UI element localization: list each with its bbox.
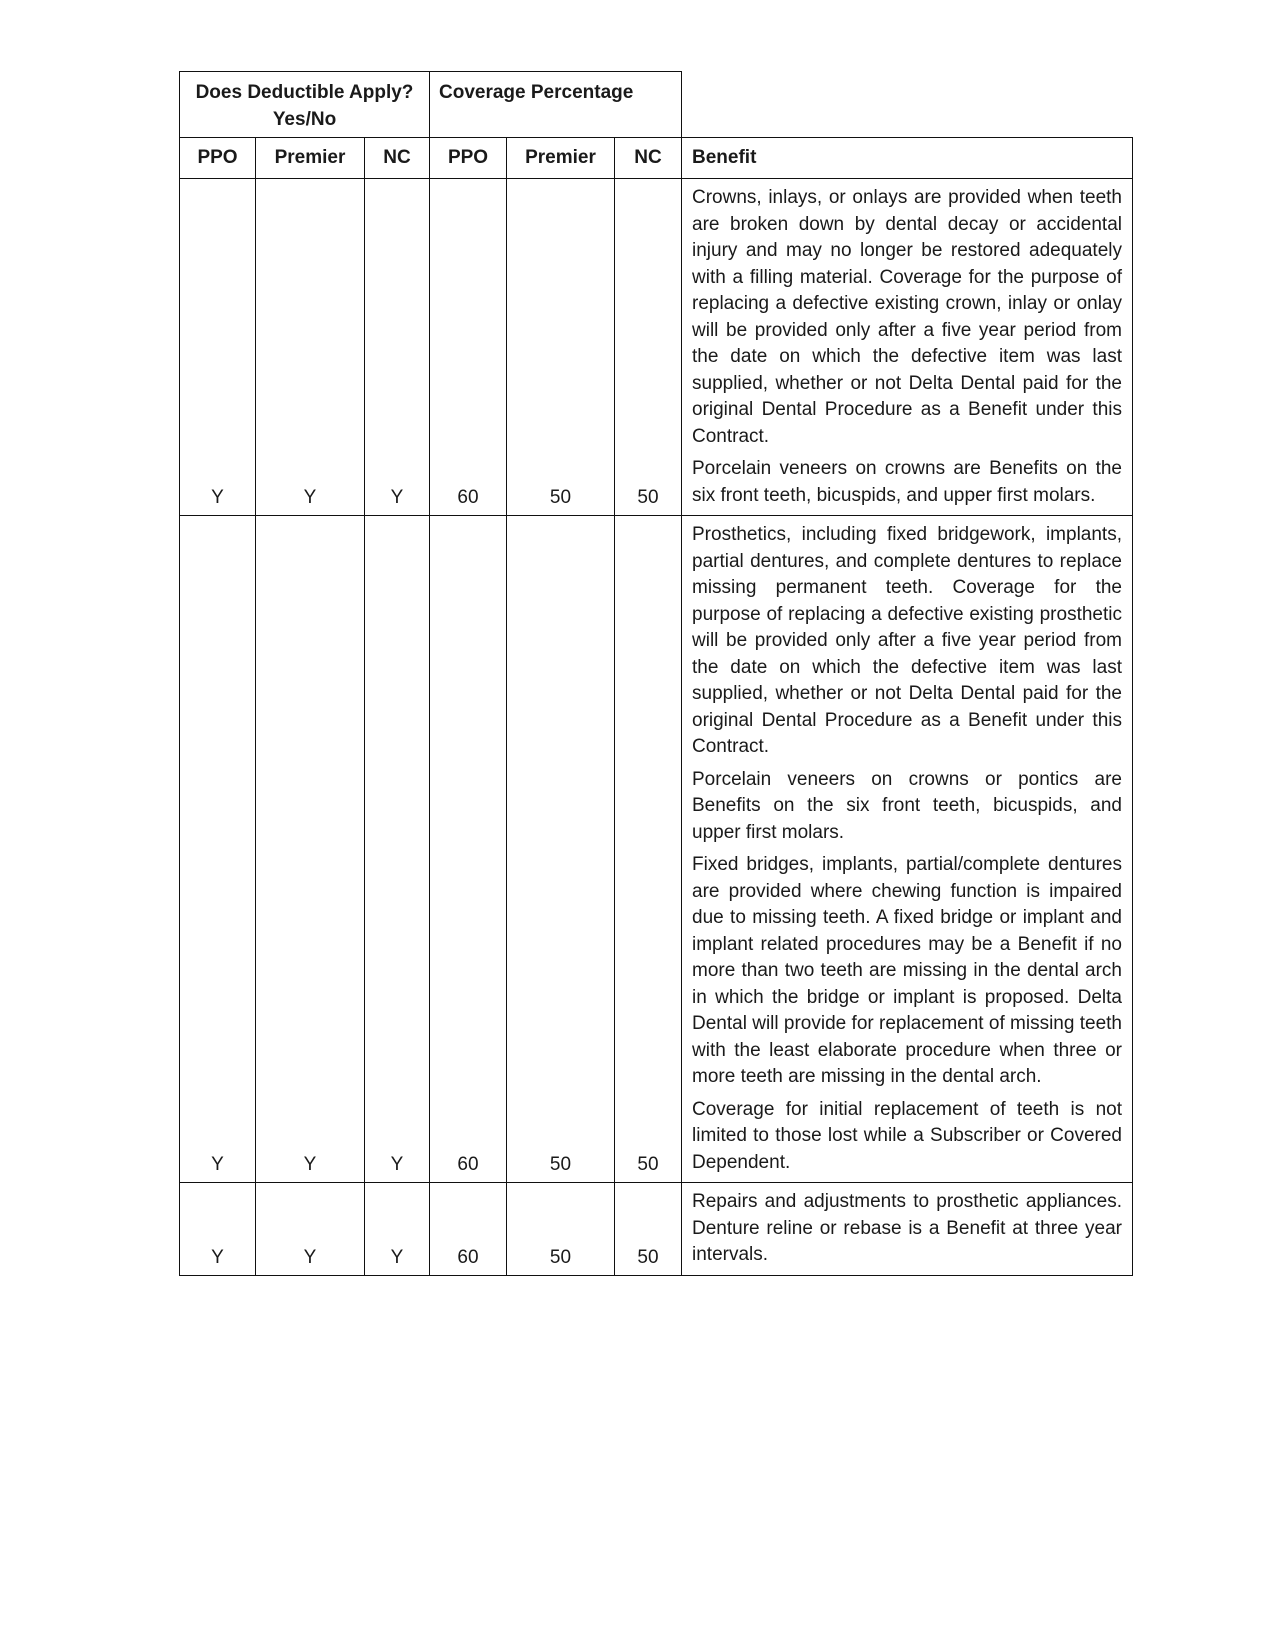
col-deductible-premier: Premier [256, 138, 365, 179]
cell-benefit: Crowns, inlays, or onlays are provided w… [682, 179, 1133, 516]
cell-coverage-ppo: 60 [430, 1183, 507, 1276]
benefit-paragraph: Prosthetics, including fixed bridgework,… [692, 522, 1122, 761]
cell-coverage-nc: 50 [615, 179, 682, 516]
benefit-paragraph: Fixed bridges, implants, partial/complet… [692, 852, 1122, 1091]
coverage-group-label: Coverage Percentage [439, 82, 633, 103]
cell-coverage-nc: 50 [615, 516, 682, 1183]
cell-benefit: Repairs and adjustments to prosthetic ap… [682, 1183, 1133, 1276]
cell-coverage-ppo: 60 [430, 516, 507, 1183]
cell-coverage-ppo: 60 [430, 179, 507, 516]
cell-deductible-ppo: Y [180, 179, 256, 516]
cell-deductible-nc: Y [365, 516, 430, 1183]
benefit-paragraph: Repairs and adjustments to prosthetic ap… [692, 1189, 1122, 1269]
col-deductible-nc: NC [365, 138, 430, 179]
document-page: Does Deductible Apply? Yes/No Coverage P… [0, 0, 1275, 1650]
table-row: YYY605050Prosthetics, including fixed br… [180, 516, 1133, 1183]
table-row: YYY605050Repairs and adjustments to pros… [180, 1183, 1133, 1276]
cell-deductible-nc: Y [365, 1183, 430, 1276]
col-coverage-premier: Premier [507, 138, 615, 179]
cell-coverage-nc: 50 [615, 1183, 682, 1276]
col-coverage-nc: NC [615, 138, 682, 179]
table-row: YYY605050Crowns, inlays, or onlays are p… [180, 179, 1133, 516]
cell-deductible-nc: Y [365, 179, 430, 516]
column-header-row: PPO Premier NC PPO Premier NC Benefit [180, 138, 1133, 179]
deductible-group-header: Does Deductible Apply? Yes/No [179, 71, 430, 138]
deductible-group-label: Does Deductible Apply? Yes/No [196, 82, 414, 130]
benefit-paragraph: Porcelain veneers on crowns or pontics a… [692, 767, 1122, 847]
benefit-paragraph: Coverage for initial replacement of teet… [692, 1097, 1122, 1177]
cell-deductible-ppo: Y [180, 1183, 256, 1276]
benefit-paragraph: Porcelain veneers on crowns are Benefits… [692, 456, 1122, 509]
cell-coverage-premier: 50 [507, 516, 615, 1183]
coverage-group-header: Coverage Percentage [428, 71, 682, 138]
benefit-paragraph: Crowns, inlays, or onlays are provided w… [692, 185, 1122, 450]
cell-deductible-premier: Y [256, 516, 365, 1183]
cell-coverage-premier: 50 [507, 1183, 615, 1276]
cell-deductible-ppo: Y [180, 516, 256, 1183]
cell-deductible-premier: Y [256, 1183, 365, 1276]
cell-deductible-premier: Y [256, 179, 365, 516]
col-coverage-ppo: PPO [430, 138, 507, 179]
benefits-table: PPO Premier NC PPO Premier NC Benefit YY… [179, 137, 1133, 1276]
col-benefit: Benefit [682, 138, 1133, 179]
col-deductible-ppo: PPO [180, 138, 256, 179]
cell-coverage-premier: 50 [507, 179, 615, 516]
cell-benefit: Prosthetics, including fixed bridgework,… [682, 516, 1133, 1183]
